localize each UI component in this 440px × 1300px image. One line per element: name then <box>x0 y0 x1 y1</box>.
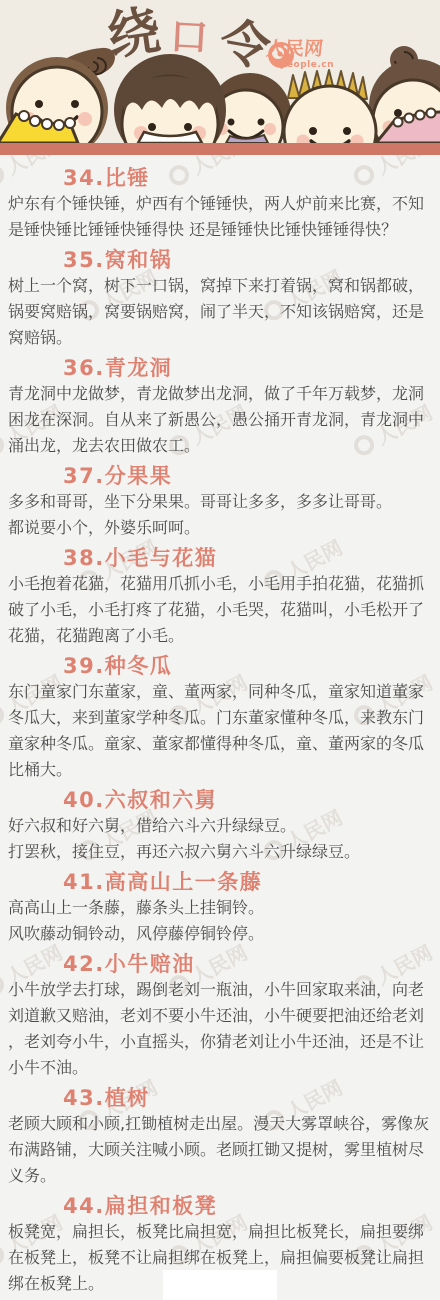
tongue-twister-list: 34.比锤炉东有个锤快锤，炉西有个锤锤快，两人炉前来比赛，不知是锤快锤比锤锤快锤… <box>0 155 440 1297</box>
title-char: 绕 <box>105 4 166 63</box>
header: 绕口令 人民网 people.cn <box>0 0 440 143</box>
kid-baby-spiky <box>284 70 376 143</box>
title-char: 口 <box>169 17 211 57</box>
tongue-twister-text: 东门童家门东董家，童、董两家，同种冬瓜，童家知道董家冬瓜大，来到董家学种冬瓜。门… <box>8 679 432 783</box>
section-heading: 38.小毛与花猫 <box>8 545 432 571</box>
tongue-twister-text: 风吹藤动铜铃动，风停藤停铜铃停。 <box>8 921 432 947</box>
divider-bar <box>0 143 440 155</box>
kid-girl-ponytail <box>0 48 115 143</box>
tongue-twister-text: 树上一个窝，树下一口锅，窝掉下来打着锅，窝和锅都破，锅要窝赔锅，窝要锅赔窝，闹了… <box>8 273 432 351</box>
section-heading: 35.窝和锅 <box>8 247 432 273</box>
tongue-twister-text: 打罢秋，接住豆，再还六叔六舅六斗六升绿绿豆。 <box>8 839 432 865</box>
tongue-twister-text: 老顾大顾和小顾,扛锄植树走出屋。漫天大雾罩峡谷，雾像灰布满路铺，大顾关注喊小顾。… <box>8 1111 432 1189</box>
section-heading: 39.种冬瓜 <box>8 653 432 679</box>
tongue-twister-text: 都说要小个，外婆乐呵呵。 <box>8 515 432 541</box>
tongue-twister-text: 炉东有个锤快锤，炉西有个锤锤快，两人炉前来比赛，不知是锤快锤比锤锤快锤得快 还是… <box>8 191 432 243</box>
section-heading: 34.比锤 <box>8 165 432 191</box>
page-title: 绕口令 <box>108 8 272 70</box>
kid-girl-bun <box>369 46 440 143</box>
people-cn-logo: 人民网 people.cn <box>266 40 334 70</box>
tongue-twister-text: 小毛抱着花猫，花猫用爪抓小毛，小毛用手拍花猫，花猫抓破了小毛，小毛打疼了花猫，小… <box>8 571 432 649</box>
section-heading: 36.青龙洞 <box>8 355 432 381</box>
section-heading: 41.高高山上一条藤 <box>8 869 432 895</box>
section-heading: 37.分果果 <box>8 463 432 489</box>
tongue-twister-text: 小牛放学去打球，踢倒老刘一瓶油，小牛回家取来油，向老刘道歉又赔油，老刘不要小牛还… <box>8 977 432 1081</box>
tongue-twister-text: 好六叔和好六舅，借给六斗六升绿绿豆。 <box>8 813 432 839</box>
tongue-twister-poster: 绕口令 人民网 people.cn 人民网人民网人民网人民网人民网人民网人民网人… <box>0 0 440 1300</box>
section-heading: 43.植树 <box>8 1085 432 1111</box>
logo-name: 人民网 <box>265 40 335 59</box>
section-heading: 42.小牛赔油 <box>8 951 432 977</box>
section-heading: 44.扁担和板凳 <box>8 1193 432 1219</box>
tongue-twister-text: 高高山上一条藤，藤条头上挂铜铃。 <box>8 895 432 921</box>
section-heading: 40.六叔和六舅 <box>8 787 432 813</box>
tongue-twister-text: 多多和哥哥，坐下分果果。哥哥让多多，多多让哥哥。 <box>8 489 432 515</box>
bottom-white-patch <box>163 1270 277 1300</box>
tongue-twister-text: 青龙洞中龙做梦，青龙做梦出龙洞，做了千年万载梦，龙洞困龙在深洞。自从来了新愚公，… <box>8 381 432 459</box>
